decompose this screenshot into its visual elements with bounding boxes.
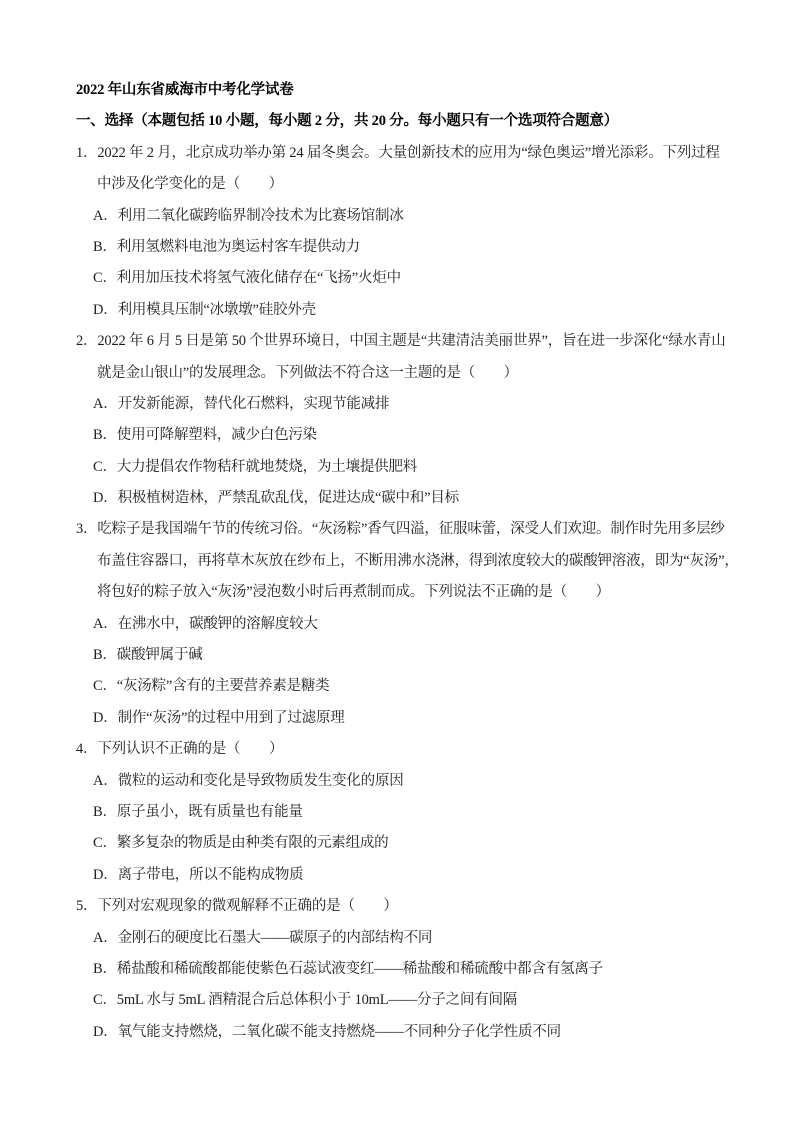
section-header: 一、选择（本题包括 10 小题，每小题 2 分，共 20 分。每小题只有一个选项…	[76, 106, 757, 137]
question-3-option-d: D．制作“灰汤”的过程中用到了过滤原理	[76, 703, 757, 734]
question-3-stem-line-3: 将包好的粽子放入“灰汤”浸泡数小时后再煮制而成。下列说法不正确的是（ ）	[76, 577, 757, 608]
question-2-option-c: C．大力提倡农作物秸秆就地焚烧，为土壤提供肥料	[76, 452, 757, 483]
question-1-option-a: A．利用二氧化碳跨临界制冷技术为比赛场馆制冰	[76, 201, 757, 232]
question-4-option-a: A．微粒的运动和变化是导致物质发生变化的原因	[76, 766, 757, 797]
question-3-stem-line-1: 3．吃粽子是我国端午节的传统习俗。“灰汤粽”香气四溢，征服味蕾，深受人们欢迎。制…	[76, 514, 757, 545]
question-2: 2．2022 年 6 月 5 日是第 50 个世界环境日，中国主题是“共建清洁美…	[76, 326, 757, 514]
question-3-stem-line-2: 布盖住容器口，再将草木灰放在纱布上，不断用沸水浇淋，得到浓度较大的碳酸钾溶液，即…	[76, 546, 757, 577]
page-title: 2022 年山东省威海市中考化学试卷	[76, 75, 757, 106]
question-3: 3．吃粽子是我国端午节的传统习俗。“灰汤粽”香气四溢，征服味蕾，深受人们欢迎。制…	[76, 514, 757, 734]
question-4: 4．下列认识不正确的是（ ） A．微粒的运动和变化是导致物质发生变化的原因 B．…	[76, 734, 757, 891]
question-5-stem-line-1: 5．下列对宏观现象的微观解释不正确的是（ ）	[76, 891, 757, 922]
question-2-option-a: A．开发新能源，替代化石燃料，实现节能减排	[76, 389, 757, 420]
question-1: 1．2022 年 2 月，北京成功举办第 24 届冬奥会。大量创新技术的应用为“…	[76, 138, 757, 326]
question-1-option-c: C．利用加压技术将氢气液化储存在“飞扬”火炬中	[76, 263, 757, 294]
question-1-option-d: D．利用模具压制“冰墩墩”硅胶外壳	[76, 295, 757, 326]
exam-content: 2022 年山东省威海市中考化学试卷 一、选择（本题包括 10 小题，每小题 2…	[0, 0, 793, 1048]
question-5-option-c: C．5mL 水与 5mL 酒精混合后总体积小于 10mL——分子之间有间隔	[76, 985, 757, 1016]
question-4-option-c: C．繁多复杂的物质是由种类有限的元素组成的	[76, 828, 757, 859]
question-1-option-b: B．利用氢燃料电池为奥运村客车提供动力	[76, 232, 757, 263]
question-2-option-b: B．使用可降解塑料，减少白色污染	[76, 420, 757, 451]
question-1-stem-line-1: 1．2022 年 2 月，北京成功举办第 24 届冬奥会。大量创新技术的应用为“…	[76, 138, 757, 169]
question-3-option-b: B．碳酸钾属于碱	[76, 640, 757, 671]
question-2-option-d: D．积极植树造林，严禁乱砍乱伐，促进达成“碳中和”目标	[76, 483, 757, 514]
question-4-stem-line-1: 4．下列认识不正确的是（ ）	[76, 734, 757, 765]
question-5-option-a: A．金刚石的硬度比石墨大——碳原子的内部结构不同	[76, 923, 757, 954]
question-5-option-d: D．氧气能支持燃烧，二氧化碳不能支持燃烧——不同种分子化学性质不同	[76, 1017, 757, 1048]
question-3-option-c: C．“灰汤粽”含有的主要营养素是糖类	[76, 671, 757, 702]
exam-page: 2022 年山东省威海市中考化学试卷 一、选择（本题包括 10 小题，每小题 2…	[0, 0, 793, 1122]
question-5: 5．下列对宏观现象的微观解释不正确的是（ ） A．金刚石的硬度比石墨大——碳原子…	[76, 891, 757, 1048]
question-2-stem-line-1: 2．2022 年 6 月 5 日是第 50 个世界环境日，中国主题是“共建清洁美…	[76, 326, 757, 357]
question-4-option-d: D．离子带电，所以不能构成物质	[76, 860, 757, 891]
question-4-option-b: B．原子虽小，既有质量也有能量	[76, 797, 757, 828]
question-3-option-a: A．在沸水中，碳酸钾的溶解度较大	[76, 609, 757, 640]
question-5-option-b: B．稀盐酸和稀硫酸都能使紫色石蕊试液变红——稀盐酸和稀硫酸中都含有氢离子	[76, 954, 757, 985]
question-2-stem-line-2: 就是金山银山”的发展理念。下列做法不符合这一主题的是（ ）	[76, 358, 757, 389]
question-1-stem-line-2: 中涉及化学变化的是（ ）	[76, 169, 757, 200]
